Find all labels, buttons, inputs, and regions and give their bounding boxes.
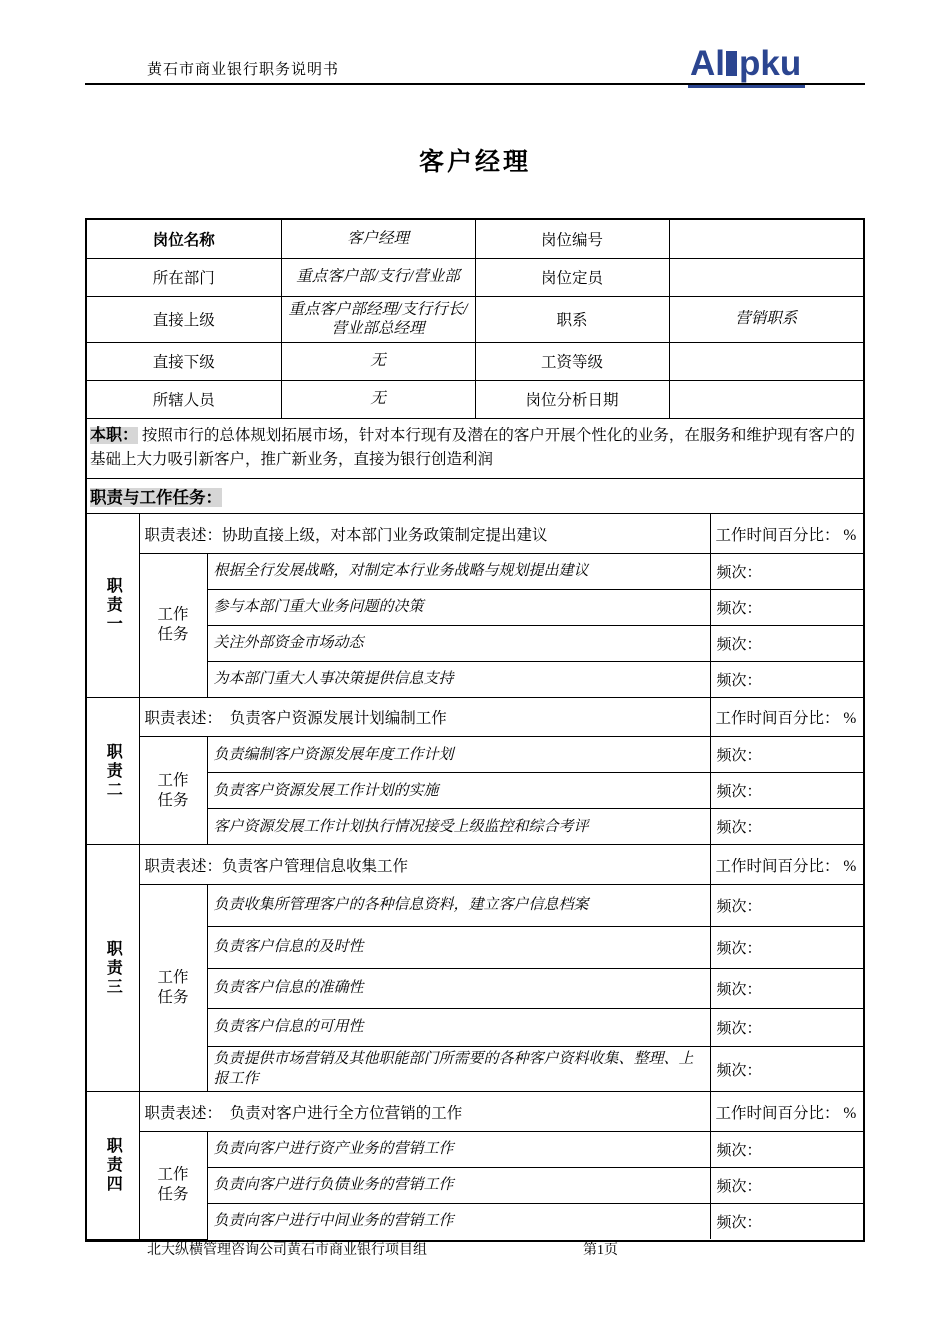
frequency-label: 频次： (710, 968, 863, 1008)
task-text: 负责收集所管理客户的各种信息资料，建立客户信息档案 (207, 884, 710, 926)
field-value-headcount (669, 258, 863, 296)
task-text: 负责客户信息的可用性 (207, 1008, 710, 1046)
time-percent-label: 工作时间百分比： % (710, 1092, 863, 1131)
frequency-label: 频次： (710, 661, 863, 697)
duty-desc-label: 职责表述： (145, 710, 215, 727)
task-row: 工作任务 负责收集所管理客户的各种信息资料，建立客户信息档案 频次： (87, 884, 863, 926)
frequency-label: 频次： (710, 1046, 863, 1092)
frequency-label: 频次： (710, 1131, 863, 1167)
frequency-label: 频次： (710, 884, 863, 926)
field-label-salary-grade: 工资等级 (475, 342, 669, 380)
duty-desc-label: 职责表述： (145, 858, 223, 875)
task-text: 负责编制客户资源发展年度工作计划 (207, 737, 710, 773)
table-row: 直接下级 无 工资等级 (87, 342, 863, 380)
field-value-direct-subordinate: 无 (281, 342, 475, 380)
duty-desc-text: 负责客户管理信息收集工作 (222, 858, 408, 875)
task-row: 工作任务 根据全行发展战略，对制定本行业务战略与规划提出建议 频次： (87, 553, 863, 589)
field-label-analysis-date: 岗位分析日期 (475, 380, 669, 418)
duty-desc-label: 职责表述： (145, 527, 223, 544)
field-label-direct-superior: 直接上级 (87, 296, 281, 342)
duty-desc-text: 协助直接上级，对本部门业务政策制定提出建议 (222, 527, 548, 544)
duty-desc-row: 职责四 职责表述： 负责对客户进行全方位营销的工作 工作时间百分比： % (87, 1092, 863, 1131)
field-value-job-family: 营销职系 (669, 296, 863, 342)
duties-section-header: 职责与工作任务： (87, 479, 863, 514)
duty-desc-row: 职责二 职责表述： 负责客户资源发展计划编制工作 工作时间百分比： % (87, 698, 863, 737)
table-row: 所辖人员 无 岗位分析日期 (87, 380, 863, 418)
duty-block-4: 职责四 职责表述： 负责对客户进行全方位营销的工作 工作时间百分比： % 工作任… (87, 1092, 863, 1240)
task-group-label: 工作任务 (139, 1131, 207, 1239)
field-label-job-family: 职系 (475, 296, 669, 342)
table-row: 岗位名称 客户经理 岗位编号 (87, 220, 863, 258)
task-text: 负责客户信息的及时性 (207, 926, 710, 968)
duty-desc-text: 负责客户资源发展计划编制工作 (214, 710, 447, 727)
field-label-position-name: 岗位名称 (87, 220, 281, 258)
duty-desc-text: 负责对客户进行全方位营销的工作 (214, 1105, 462, 1122)
frequency-label: 频次： (710, 809, 863, 845)
task-text: 客户资源发展工作计划执行情况接受上级监控和综合考评 (207, 809, 710, 845)
page-title: 客户经理 (0, 142, 950, 178)
time-percent-label: 工作时间百分比： % (710, 514, 863, 553)
frequency-label: 频次： (710, 737, 863, 773)
job-summary-label: 本职： (90, 427, 138, 444)
field-label-department: 所在部门 (87, 258, 281, 296)
task-text: 负责提供市场营销及其他职能部门所需要的各种客户资料收集、整理、上报工作 (207, 1046, 710, 1092)
task-text: 负责向客户进行负债业务的营销工作 (207, 1167, 710, 1203)
job-summary-text: 按照市行的总体规划拓展市场，针对本行现有及潜在的客户开展个性化的业务，在服务和维… (90, 427, 855, 469)
field-value-position-name: 客户经理 (281, 220, 475, 258)
field-value-department: 重点客户部/支行/营业部 (281, 258, 475, 296)
footer-project-team: 北大纵横管理咨询公司黄石市商业银行项目组 (147, 1239, 427, 1259)
duty-number: 职责一 (87, 514, 139, 697)
frequency-label: 频次： (710, 926, 863, 968)
duty-desc-label: 职责表述： (145, 1105, 215, 1122)
duty-desc-row: 职责一 职责表述：协助直接上级，对本部门业务政策制定提出建议 工作时间百分比： … (87, 514, 863, 553)
duty-block-2: 职责二 职责表述： 负责客户资源发展计划编制工作 工作时间百分比： % 工作任务… (87, 698, 863, 846)
document-header-title: 黄石市商业银行职务说明书 (147, 58, 339, 79)
task-text: 负责客户资源发展工作计划的实施 (207, 773, 710, 809)
task-text: 参与本部门重大业务问题的决策 (207, 589, 710, 625)
task-group-label: 工作任务 (139, 553, 207, 697)
document-page: 黄石市商业银行职务说明书 Alpku 客户经理 岗位名称 客户经理 岗位编号 所… (0, 0, 950, 1344)
field-value-staff-managed: 无 (281, 380, 475, 418)
task-row: 工作任务 负责向客户进行资产业务的营销工作 频次： (87, 1131, 863, 1167)
allpku-logo: Alpku (688, 44, 805, 88)
field-value-salary-grade (669, 342, 863, 380)
frequency-label: 频次： (710, 1008, 863, 1046)
task-text: 负责向客户进行中间业务的营销工作 (207, 1203, 710, 1239)
duty-desc: 职责表述： 负责客户资源发展计划编制工作 (139, 698, 710, 737)
field-value-analysis-date (669, 380, 863, 418)
job-summary: 本职： 按照市行的总体规划拓展市场，针对本行现有及潜在的客户开展个性化的业务，在… (87, 419, 863, 480)
duties-section-title: 职责与工作任务： (90, 488, 222, 507)
logo-block-icon (726, 51, 737, 76)
task-row: 工作任务 负责编制客户资源发展年度工作计划 频次： (87, 737, 863, 773)
frequency-label: 频次： (710, 589, 863, 625)
duty-desc: 职责表述：协助直接上级，对本部门业务政策制定提出建议 (139, 514, 710, 553)
frequency-label: 频次： (710, 1167, 863, 1203)
task-group-label: 工作任务 (139, 884, 207, 1092)
frequency-label: 频次： (710, 625, 863, 661)
field-label-direct-subordinate: 直接下级 (87, 342, 281, 380)
field-label-staff-managed: 所辖人员 (87, 380, 281, 418)
position-info-table: 岗位名称 客户经理 岗位编号 所在部门 重点客户部/支行/营业部 岗位定员 直接… (87, 220, 863, 419)
task-text: 为本部门重大人事决策提供信息支持 (207, 661, 710, 697)
duty-number: 职责三 (87, 845, 139, 1092)
duty-desc: 职责表述：负责客户管理信息收集工作 (139, 845, 710, 884)
task-group-label: 工作任务 (139, 737, 207, 845)
table-row: 直接上级 重点客户部经理/支行行长/营业部总经理 职系 营销职系 (87, 296, 863, 342)
time-percent-label: 工作时间百分比： % (710, 845, 863, 884)
duty-desc: 职责表述： 负责对客户进行全方位营销的工作 (139, 1092, 710, 1131)
logo-text-right: pku (739, 44, 801, 83)
footer-page-number: 第1页 (583, 1239, 618, 1259)
task-text: 根据全行发展战略，对制定本行业务战略与规划提出建议 (207, 553, 710, 589)
duty-block-3: 职责三 职责表述：负责客户管理信息收集工作 工作时间百分比： % 工作任务 负责… (87, 845, 863, 1092)
field-value-direct-superior: 重点客户部经理/支行行长/营业部总经理 (281, 296, 475, 342)
frequency-label: 频次： (710, 1203, 863, 1239)
frequency-label: 频次： (710, 553, 863, 589)
time-percent-label: 工作时间百分比： % (710, 698, 863, 737)
field-label-headcount: 岗位定员 (475, 258, 669, 296)
frequency-label: 频次： (710, 773, 863, 809)
field-value-position-code (669, 220, 863, 258)
task-text: 负责向客户进行资产业务的营销工作 (207, 1131, 710, 1167)
table-row: 所在部门 重点客户部/支行/营业部 岗位定员 (87, 258, 863, 296)
duty-block-1: 职责一 职责表述：协助直接上级，对本部门业务政策制定提出建议 工作时间百分比： … (87, 514, 863, 698)
duty-number: 职责二 (87, 698, 139, 845)
job-description-table: 岗位名称 客户经理 岗位编号 所在部门 重点客户部/支行/营业部 岗位定员 直接… (85, 218, 865, 1242)
field-label-position-code: 岗位编号 (475, 220, 669, 258)
duty-desc-row: 职责三 职责表述：负责客户管理信息收集工作 工作时间百分比： % (87, 845, 863, 884)
logo-text-left: Al (690, 44, 725, 83)
task-text: 负责客户信息的准确性 (207, 968, 710, 1008)
task-text: 关注外部资金市场动态 (207, 625, 710, 661)
duty-number: 职责四 (87, 1092, 139, 1239)
